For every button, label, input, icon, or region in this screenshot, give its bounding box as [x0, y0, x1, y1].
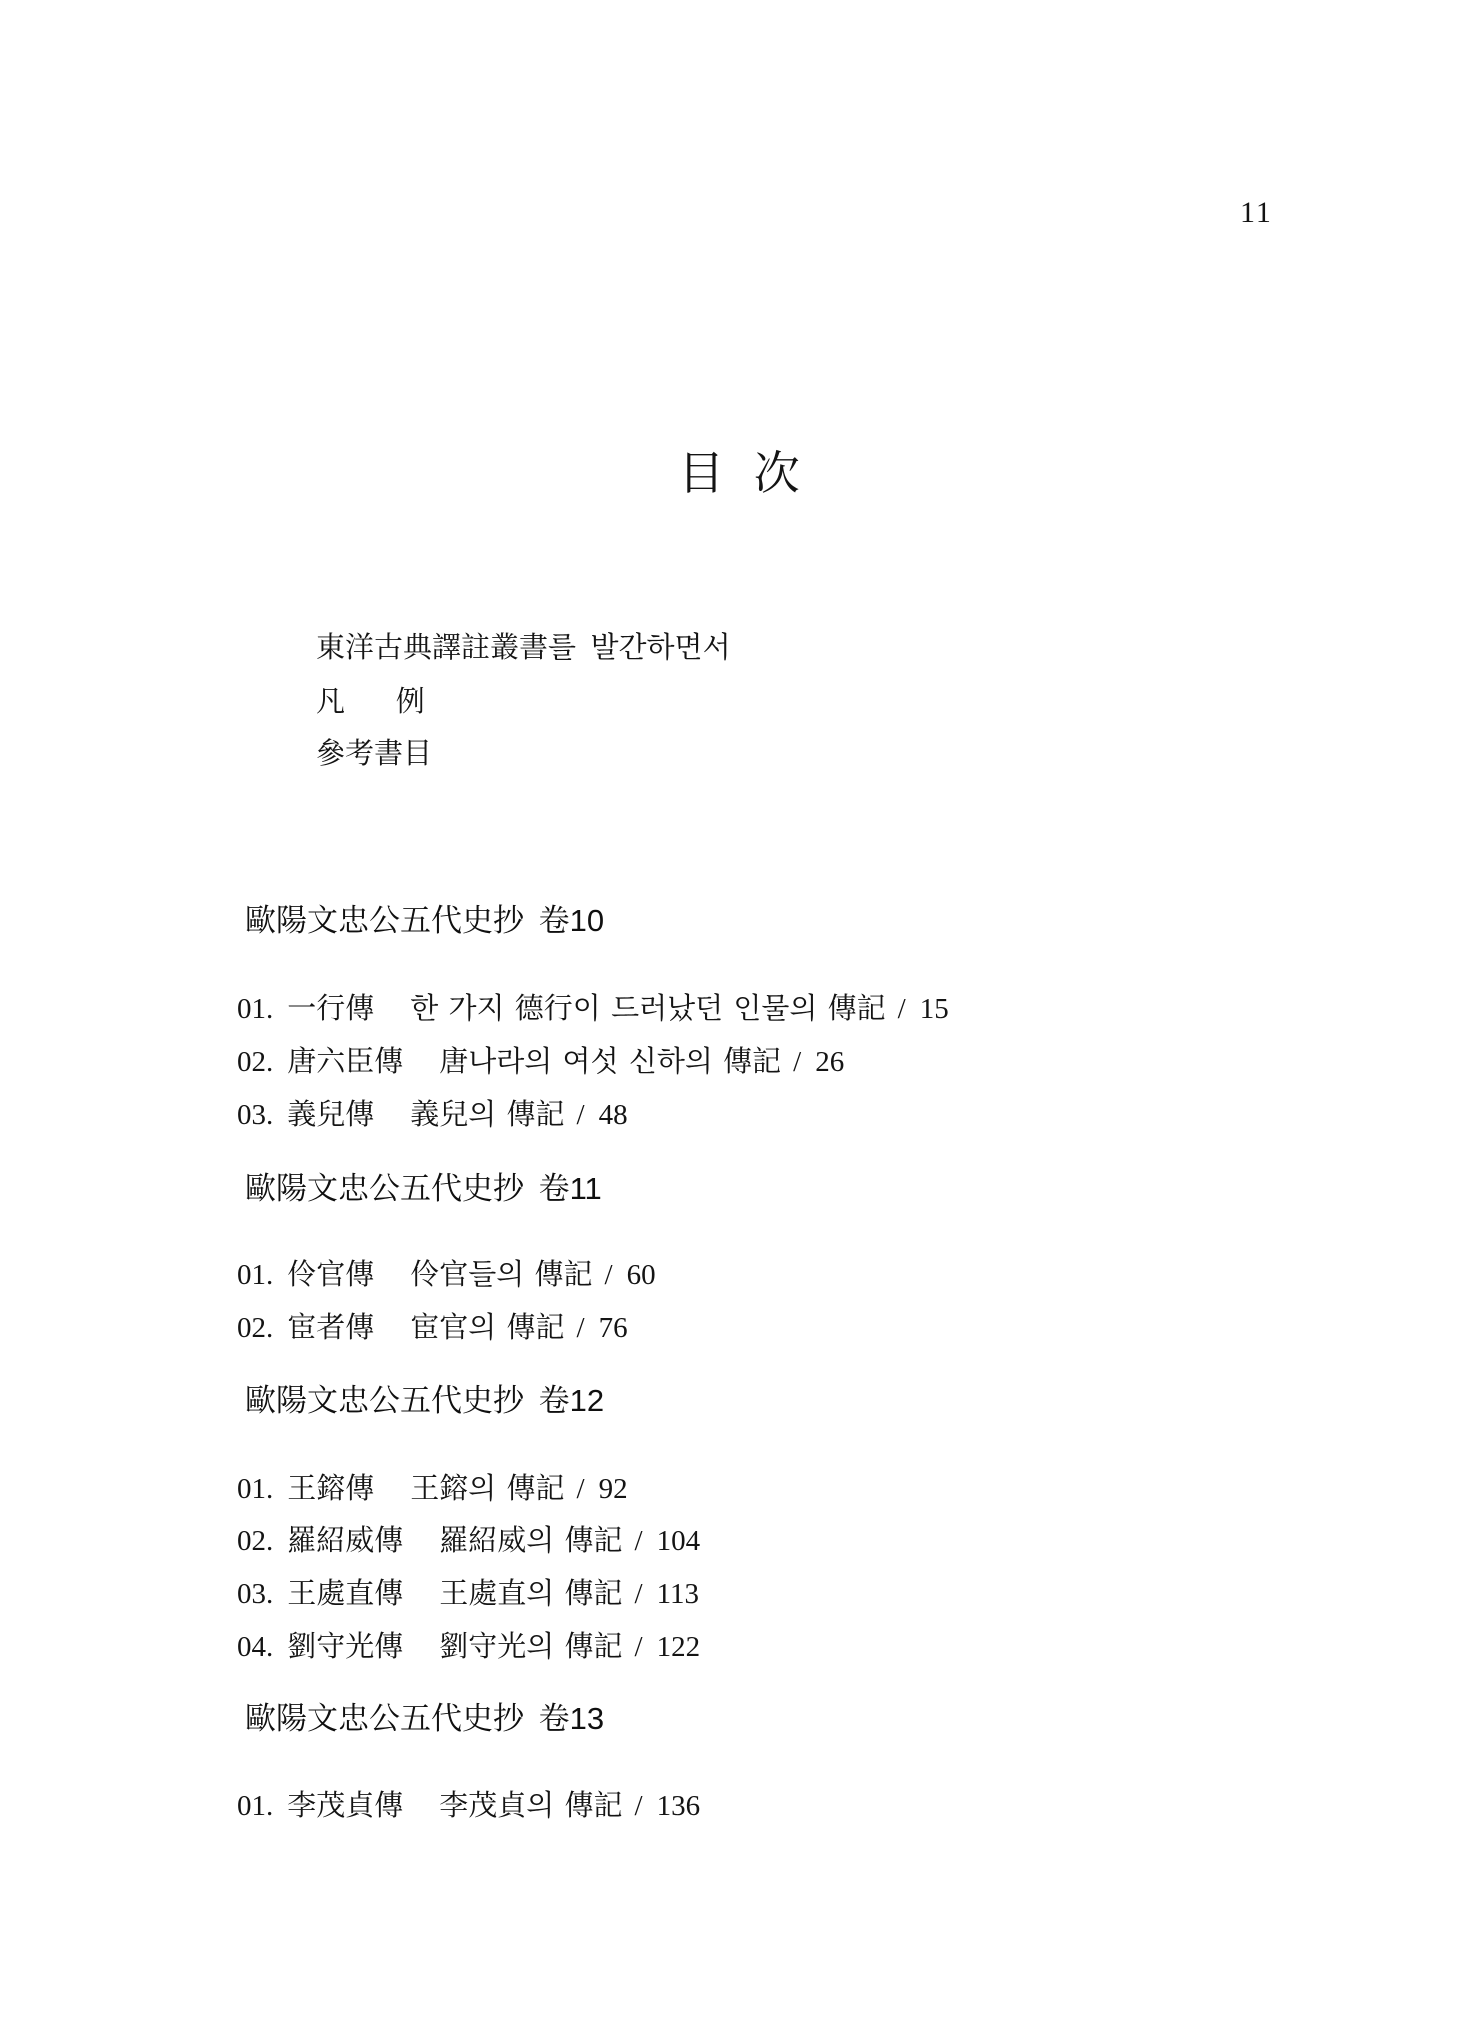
item-page-ref: 136	[657, 1790, 701, 1822]
item-title: 李茂貞傳	[287, 1790, 403, 1822]
item-page-ref: 122	[657, 1631, 701, 1663]
front-matter-line: 參考書目	[316, 738, 432, 771]
toc-item: 04.劉守光傳劉守光의 傳記/122	[196, 1598, 700, 1698]
page-number: 11	[1240, 196, 1273, 231]
toc-item: 02.宦者傳宦官의 傳記/76	[196, 1279, 628, 1379]
item-page-ref: 76	[599, 1312, 628, 1344]
document-page: 11 目 次 東洋古典譯註叢書를 발간하면서 凡 例 參考書目 歐陽文忠公五代史…	[0, 0, 1480, 2024]
item-page-ref: 26	[815, 1046, 844, 1078]
section-heading: 歐陽文忠公五代史抄 卷12	[245, 1383, 604, 1419]
item-page-ref: 60	[627, 1259, 656, 1291]
section-heading: 歐陽文忠公五代史抄 卷11	[245, 1171, 602, 1207]
item-number: 01.	[237, 1790, 273, 1822]
front-matter-line: 凡 例	[316, 686, 425, 719]
item-description: 李茂貞의 傳記	[439, 1790, 622, 1822]
toc-item: 03.義兒傳義兒의 傳記/48	[196, 1066, 628, 1166]
item-description: 劉守光의 傳記	[439, 1631, 622, 1663]
item-title: 宦者傳	[287, 1312, 374, 1344]
item-number: 03.	[237, 1099, 273, 1131]
item-title: 劉守光傳	[287, 1631, 403, 1663]
item-number: 04.	[237, 1631, 273, 1663]
item-description: 義兒의 傳記	[410, 1099, 564, 1131]
separator: /	[635, 1631, 643, 1663]
toc-item: 01.李茂貞傳李茂貞의 傳記/136	[196, 1757, 700, 1857]
separator: /	[577, 1312, 585, 1344]
section-heading: 歐陽文忠公五代史抄 卷10	[245, 903, 604, 939]
item-description: 宦官의 傳記	[410, 1312, 564, 1344]
separator: /	[577, 1099, 585, 1131]
item-number: 02.	[237, 1312, 273, 1344]
item-title: 義兒傳	[287, 1099, 374, 1131]
separator: /	[635, 1790, 643, 1822]
document-title: 目 次	[0, 448, 1480, 501]
item-page-ref: 15	[920, 993, 949, 1025]
section-heading: 歐陽文忠公五代史抄 卷13	[245, 1701, 604, 1737]
item-page-ref: 48	[599, 1099, 628, 1131]
separator: /	[793, 1046, 801, 1078]
separator: /	[898, 993, 906, 1025]
front-matter-line: 東洋古典譯註叢書를 발간하면서	[316, 632, 731, 665]
